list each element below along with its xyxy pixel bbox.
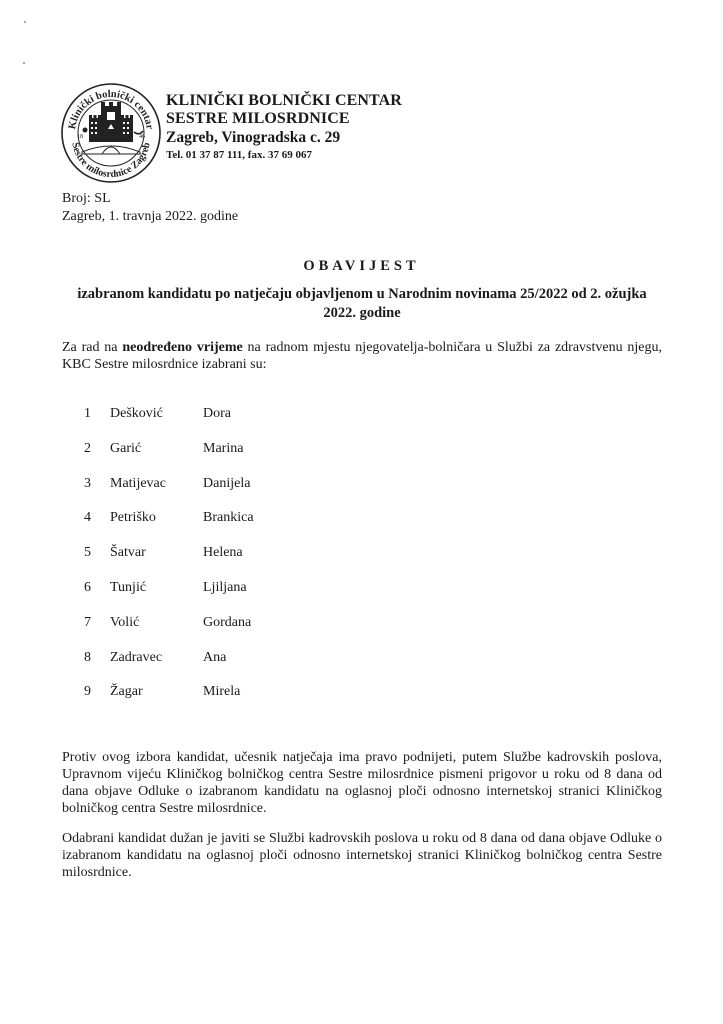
candidate-surname: Zadravec: [110, 649, 162, 667]
candidate-first-name: Danijela: [203, 475, 250, 493]
letterhead: KLINIČKI BOLNIČKI CENTAR SESTRE MILOSRDN…: [166, 92, 402, 162]
candidate-surname: Šatvar: [110, 544, 146, 562]
intro-text: Za rad na: [62, 340, 122, 355]
candidate-number: 2: [84, 440, 91, 458]
candidate-first-name: Mirela: [203, 683, 240, 701]
place-date: Zagreb, 1. travnja 2022. godine: [62, 208, 238, 226]
institution-name: KLINIČKI BOLNIČKI CENTAR: [166, 92, 402, 110]
candidate-surname: Volić: [110, 614, 139, 632]
candidate-surname: Dešković: [110, 405, 163, 423]
reporting-paragraph: Odabrani kandidat dužan je javiti se Slu…: [62, 830, 662, 881]
intro-emphasis: neodređeno vrijeme: [122, 340, 242, 355]
institution-contact: Tel. 01 37 87 111, fax. 37 69 067: [166, 148, 402, 162]
candidate-number: 5: [84, 544, 91, 562]
candidate-number: 1: [84, 405, 91, 423]
candidate-surname: Tunjić: [110, 579, 146, 597]
candidate-number: 9: [84, 683, 91, 701]
document-meta: Broj: SL Zagreb, 1. travnja 2022. godine: [62, 190, 238, 226]
document-subtitle: izabranom kandidatu po natječaju objavlj…: [62, 285, 662, 323]
institution-address: Zagreb, Vinogradska c. 29: [166, 128, 402, 147]
candidate-first-name: Gordana: [203, 614, 251, 632]
candidate-surname: Garić: [110, 440, 141, 458]
scan-speck: [24, 21, 26, 23]
candidate-first-name: Brankica: [203, 509, 254, 527]
candidate-first-name: Ana: [203, 649, 226, 667]
candidate-number: 3: [84, 475, 91, 493]
reference-number: Broj: SL: [62, 190, 238, 208]
svg-text:46: 46: [139, 134, 145, 140]
hospital-logo: Klinički bolnički centar Sestre milosrdn…: [60, 82, 162, 184]
scan-speck: [23, 62, 25, 64]
objection-paragraph: Protiv ovog izbora kandidat, učesnik nat…: [62, 749, 662, 817]
intro-paragraph: Za rad na neodređeno vrijeme na radnom m…: [62, 339, 662, 373]
institution-name-line2: SESTRE MILOSRDNICE: [166, 110, 402, 128]
candidate-number: 7: [84, 614, 91, 632]
candidate-surname: Žagar: [110, 683, 143, 701]
svg-text:18: 18: [77, 134, 83, 140]
candidate-first-name: Helena: [203, 544, 243, 562]
candidate-first-name: Ljiljana: [203, 579, 247, 597]
candidate-first-name: Dora: [203, 405, 231, 423]
candidate-number: 4: [84, 509, 91, 527]
candidate-first-name: Marina: [203, 440, 243, 458]
candidate-surname: Petriško: [110, 509, 156, 527]
candidate-surname: Matijevac: [110, 475, 166, 493]
candidate-number: 6: [84, 579, 91, 597]
candidate-number: 8: [84, 649, 91, 667]
hospital-seal-icon: Klinički bolnički centar Sestre milosrdn…: [60, 82, 162, 184]
document-title: OBAVIJEST: [0, 258, 723, 275]
